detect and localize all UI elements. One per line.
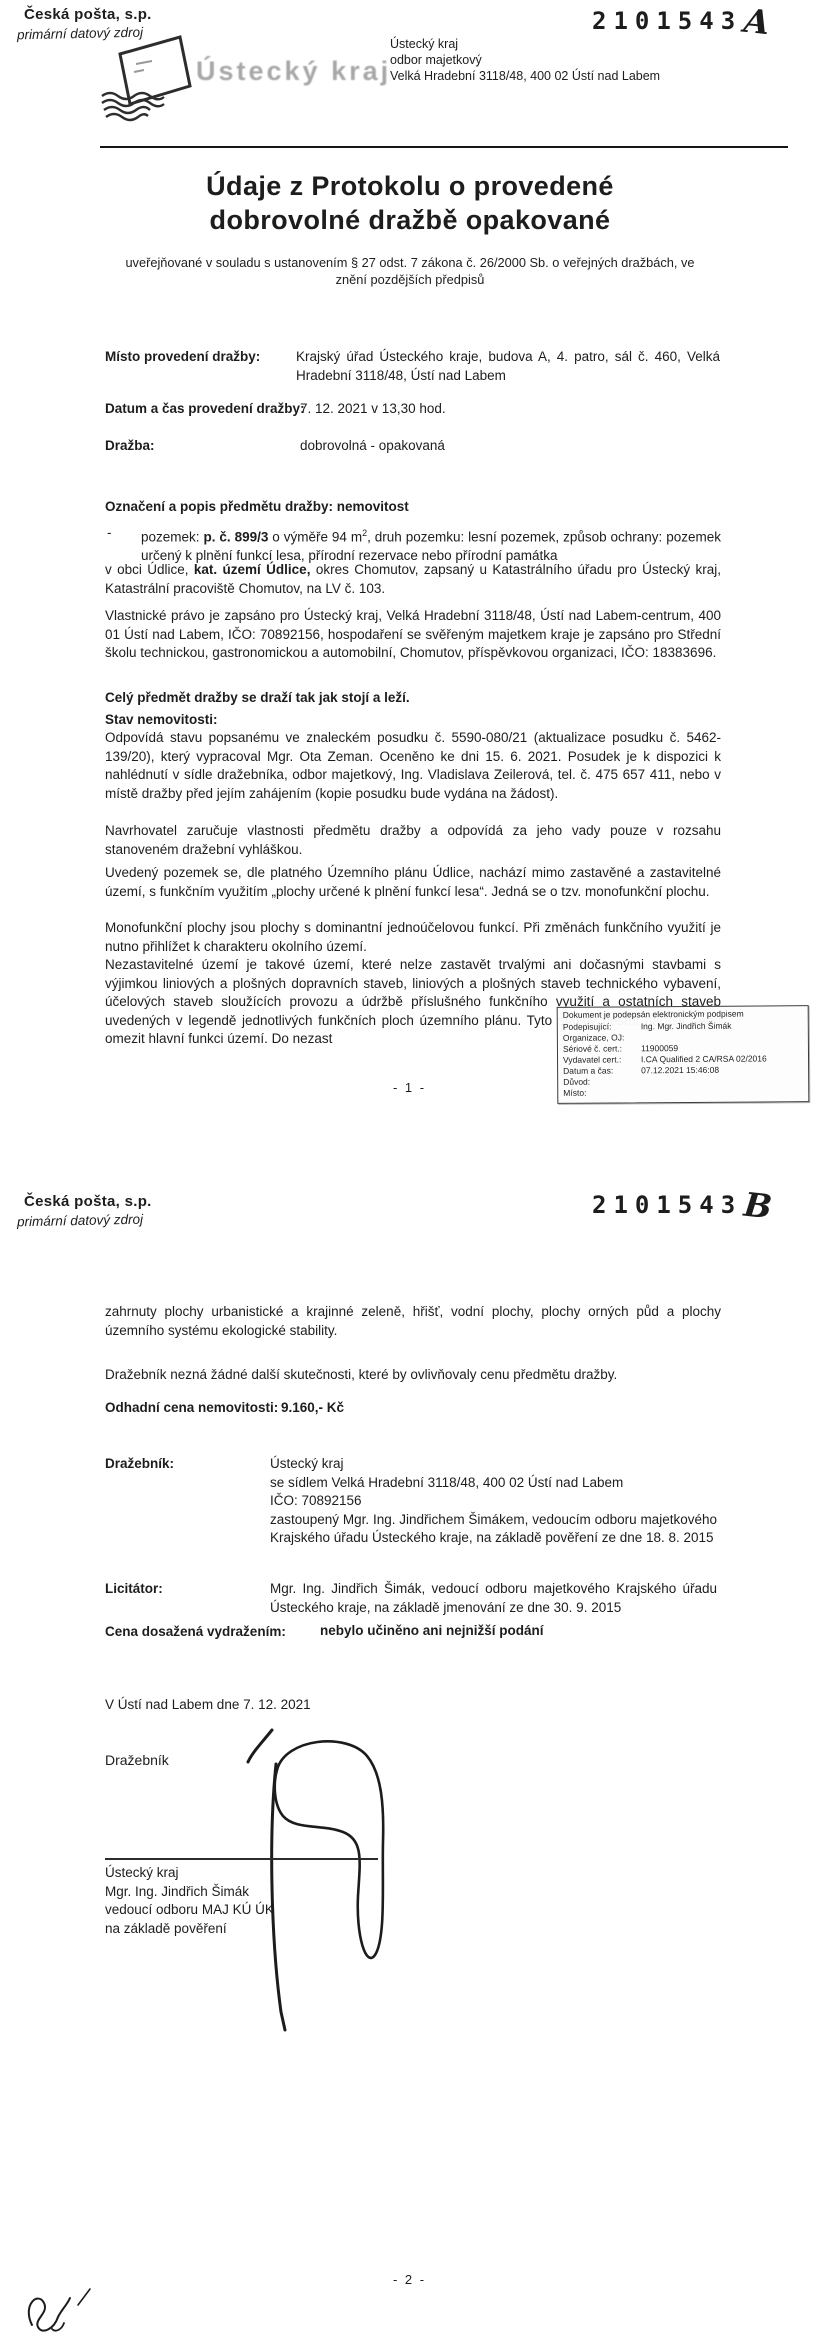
page-title-line1: Údaje z Protokolu o provedené (110, 169, 710, 203)
doc-number-digits: 2101543 (592, 7, 742, 35)
signature-caption: Dražebník (105, 1751, 169, 1770)
signatory-line: Ústecký kraj (105, 1864, 274, 1883)
signatory-line: na základě pověření (105, 1920, 274, 1939)
paragraph-sold-as-is: Celý předmět dražby se draží tak jak sto… (105, 689, 410, 708)
signatory-line: Mgr. Ing. Jindřich Šimák (105, 1883, 274, 1902)
stamp-row-label: Datum a čas: (563, 1065, 641, 1077)
logo-stamp-text: Ústecký kraj (196, 56, 391, 87)
auctioneer-label: Dražebník: (105, 1456, 174, 1471)
field-label-datetime: Datum a čas provedení dražby: (105, 401, 305, 416)
field-value-datetime: 7. 12. 2021 v 13,30 hod. (300, 400, 446, 419)
paragraph-condition: Odpovídá stavu popsanému ve znaleckém po… (105, 729, 721, 803)
doc-number-letter: A (742, 1, 772, 42)
signature-line (105, 1858, 378, 1860)
page1-sender-name: Česká pošta, s.p. (24, 6, 152, 23)
page-subtitle: uveřejňované v souladu s ustanovením § 2… (110, 255, 710, 288)
recipient-line: Velká Hradební 3118/48, 400 02 Ústí nad … (390, 68, 660, 84)
paragraph-continuation: zahrnuty plochy urbanistické a krajinné … (105, 1303, 721, 1340)
paragraph-zoning-2: Monofunkční plochy jsou plochy s dominan… (105, 919, 721, 956)
page1-recipient-block: Ústecký kraj odbor majetkový Velká Hrade… (390, 36, 660, 84)
stamp-title: Dokument je podepsán elektronickým podpi… (563, 1008, 803, 1021)
auctioneer-block: Ústecký kraj se sídlem Velká Hradební 31… (270, 1455, 717, 1548)
page1-number: - 1 - (0, 1080, 819, 1095)
stamp-row-label: Podepisující: (563, 1021, 641, 1033)
handwritten-initials (18, 2283, 100, 2349)
stamp-row-value: I.CA Qualified 2 CA/RSA 02/2016 (641, 1053, 767, 1065)
licitator-value: Mgr. Ing. Jindřich Šimák, vedoucí odboru… (270, 1580, 717, 1617)
auctioneer-line: Ústecký kraj (270, 1455, 717, 1474)
field-value-place: Krajský úřad Ústeckého kraje, budova A, … (296, 348, 720, 385)
condition-heading: Stav nemovitosti: (105, 711, 218, 730)
field-label-place: Místo provedení dražby: (105, 349, 260, 364)
stamp-row-label: Sériové č. cert.: (563, 1043, 641, 1055)
field-label-auction-type: Dražba: (105, 438, 155, 453)
page2-sender-name: Česká pošta, s.p. (24, 1193, 152, 1210)
recipient-line: odbor majetkový (390, 52, 660, 68)
subject-heading: Označení a popis předmětu dražby: nemovi… (105, 499, 409, 514)
parcel-location: v obci Údlice, kat. území Údlice, okres … (105, 561, 721, 598)
parcel-seg3: o výměře 94 m (268, 530, 362, 545)
page2-number: - 2 - (0, 2272, 819, 2287)
page-title-line2: dobrovolné dražbě opakované (110, 203, 710, 237)
stamp-row-value: Ing. Mgr. Jindřich Šimák (641, 1021, 732, 1033)
parcel-description: pozemek: p. č. 899/3 o výměře 94 m2, dru… (141, 524, 721, 566)
parcel-number: p. č. 899/3 (203, 530, 268, 545)
page2-sender-subtitle: primární datový zdroj (17, 1212, 143, 1230)
scanned-document: Česká pošta, s.p. primární datový zdroj … (0, 0, 819, 2349)
parcel-cadastral-area: kat. území Údlice, (194, 562, 311, 577)
final-price-label: Cena dosažená vydražením: (105, 1624, 286, 1639)
final-price-value: nebylo učiněno ani nejnižší podání (320, 1622, 544, 1641)
parcel-loc-seg1: v obci Údlice, (105, 562, 194, 577)
recipient-line: Ústecký kraj (390, 36, 660, 52)
auctioneer-line: IČO: 70892156 (270, 1492, 717, 1511)
doc-number-digits: 2101543 (592, 1191, 742, 1219)
estimate-value: 9.160,- Kč (281, 1399, 344, 1418)
field-value-auction-type: dobrovolná - opakovaná (300, 437, 445, 456)
signatory-line: vedoucí odboru MAJ KÚ ÚK (105, 1901, 274, 1920)
ustecky-kraj-logo-stamp-icon (90, 34, 208, 126)
paragraph-warranty: Navrhovatel zaručuje vlastnosti předmětu… (105, 822, 721, 859)
paragraph-ownership: Vlastnické právo je zapsáno pro Ústecký … (105, 607, 721, 663)
licitator-label: Licitátor: (105, 1581, 163, 1596)
stamp-row-value: 11900059 (641, 1043, 678, 1054)
estimate-label: Odhadní cena nemovitosti: (105, 1400, 278, 1415)
page-title: Údaje z Protokolu o provedené dobrovolné… (110, 169, 710, 237)
auctioneer-line: zastoupený Mgr. Ing. Jindřichem Šimákem,… (270, 1511, 717, 1548)
doc-number-letter: B (742, 1185, 774, 1227)
auctioneer-line: se sídlem Velká Hradební 3118/48, 400 02… (270, 1474, 717, 1493)
parcel-seg1: pozemek: (141, 530, 203, 545)
place-and-date: V Ústí nad Labem dne 7. 12. 2021 (105, 1696, 311, 1715)
bullet-dash: - (107, 524, 112, 543)
paragraph-zoning-1: Uvedený pozemek se, dle platného Územníh… (105, 864, 721, 901)
signatory-block: Ústecký kraj Mgr. Ing. Jindřich Šimák ve… (105, 1864, 274, 1938)
stamp-row-label: Vydavatel cert.: (563, 1054, 641, 1066)
page2-doc-number-stamp: 2101543B (592, 1186, 772, 1225)
stamp-row-label: Organizace, OJ: (563, 1032, 641, 1044)
stamp-row-value: 07.12.2021 15:46:08 (641, 1065, 719, 1077)
header-divider (100, 146, 788, 148)
paragraph-no-other-facts: Dražebník nezná žádné další skutečnosti,… (105, 1366, 745, 1385)
parcel-list-item: - pozemek: p. č. 899/3 o výměře 94 m2, d… (105, 524, 721, 566)
